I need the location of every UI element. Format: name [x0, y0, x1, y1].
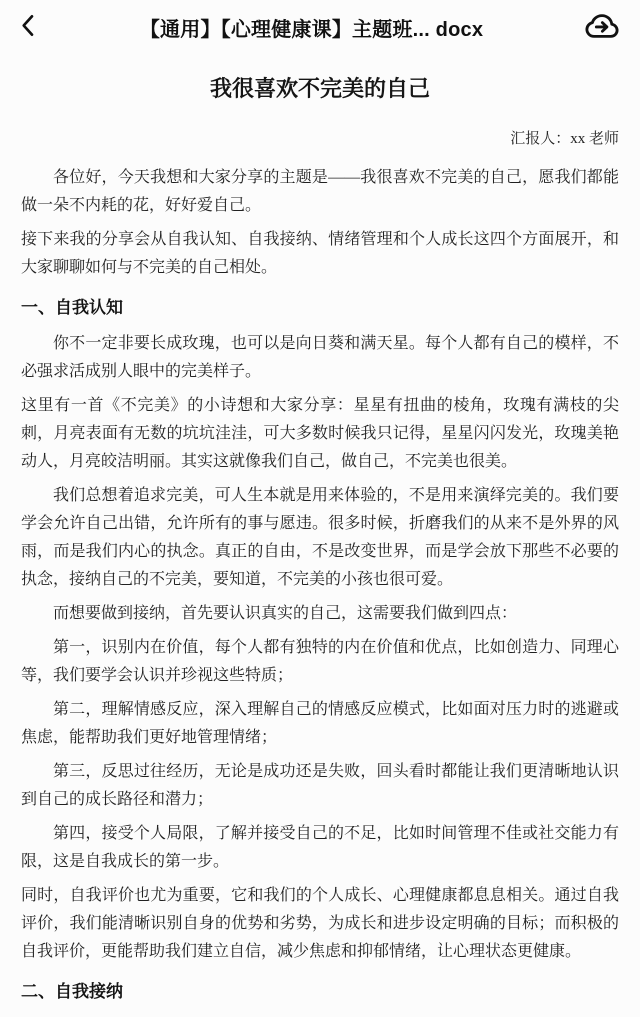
doc-paragraph: 这里有一首《不完美》的小诗想和大家分享：星星有扭曲的棱角，玫瑰有满枝的尖刺，月亮…: [21, 392, 619, 476]
chevron-left-icon: [18, 13, 39, 41]
cloud-send-button[interactable]: [580, 7, 624, 48]
doc-paragraph: 你不一定非要长成玫瑰，也可以是向日葵和满天星。每个人都有自己的模样，不必强求活成…: [21, 330, 619, 386]
document-scroll-area[interactable]: 我很喜欢不完美的自己 汇报人：xx 老师 各位好，今天我想和大家分享的主题是——…: [0, 50, 640, 1004]
doc-paragraph: 我们总想着追求完美，可人生本就是用来体验的，不是用来演绎完美的。我们要学会允许自…: [21, 482, 619, 594]
section-heading-self-cognition: 一、自我认知: [21, 296, 619, 320]
cloud-send-icon: [584, 9, 620, 46]
section-heading-self-acceptance: 二、自我接纳: [21, 980, 619, 1004]
reporter-line: 汇报人：xx 老师: [21, 128, 619, 150]
doc-paragraph: 第三，反思过往经历，无论是成功还是失败，回头看时都能让我们更清晰地认识到自己的成…: [21, 758, 619, 814]
back-button[interactable]: [14, 11, 43, 43]
doc-paragraph: 各位好，今天我想和大家分享的主题是——我很喜欢不完美的自己，愿我们都能做一朵不内…: [21, 164, 619, 220]
doc-paragraph: 接下来我的分享会从自我认知、自我接纳、情绪管理和个人成长这四个方面展开，和大家聊…: [21, 226, 619, 282]
doc-paragraph: 第四，接受个人局限，了解并接受自己的不足，比如时间管理不佳或社交能力有限，这是自…: [21, 820, 619, 876]
doc-paragraph: 而想要做到接纳，首先要认识真实的自己，这需要我们做到四点：: [21, 600, 619, 628]
doc-paragraph: 同时，自我评价也尤为重要，它和我们的个人成长、心理健康都息息相关。通过自我评价，…: [21, 882, 619, 966]
topbar: 【通用】【心理健康课】主题班... docx: [0, 0, 640, 50]
document-filename: 【通用】【心理健康课】主题班... docx: [43, 13, 580, 42]
doc-paragraph: 第一，识别内在价值，每个人都有独特的内在价值和优点，比如创造力、同理心等，我们要…: [21, 634, 619, 690]
doc-paragraph: 第二，理解情感反应，深入理解自己的情感反应模式，比如面对压力时的逃避或焦虑，能帮…: [21, 696, 619, 752]
document-title: 我很喜欢不完美的自己: [21, 74, 619, 104]
